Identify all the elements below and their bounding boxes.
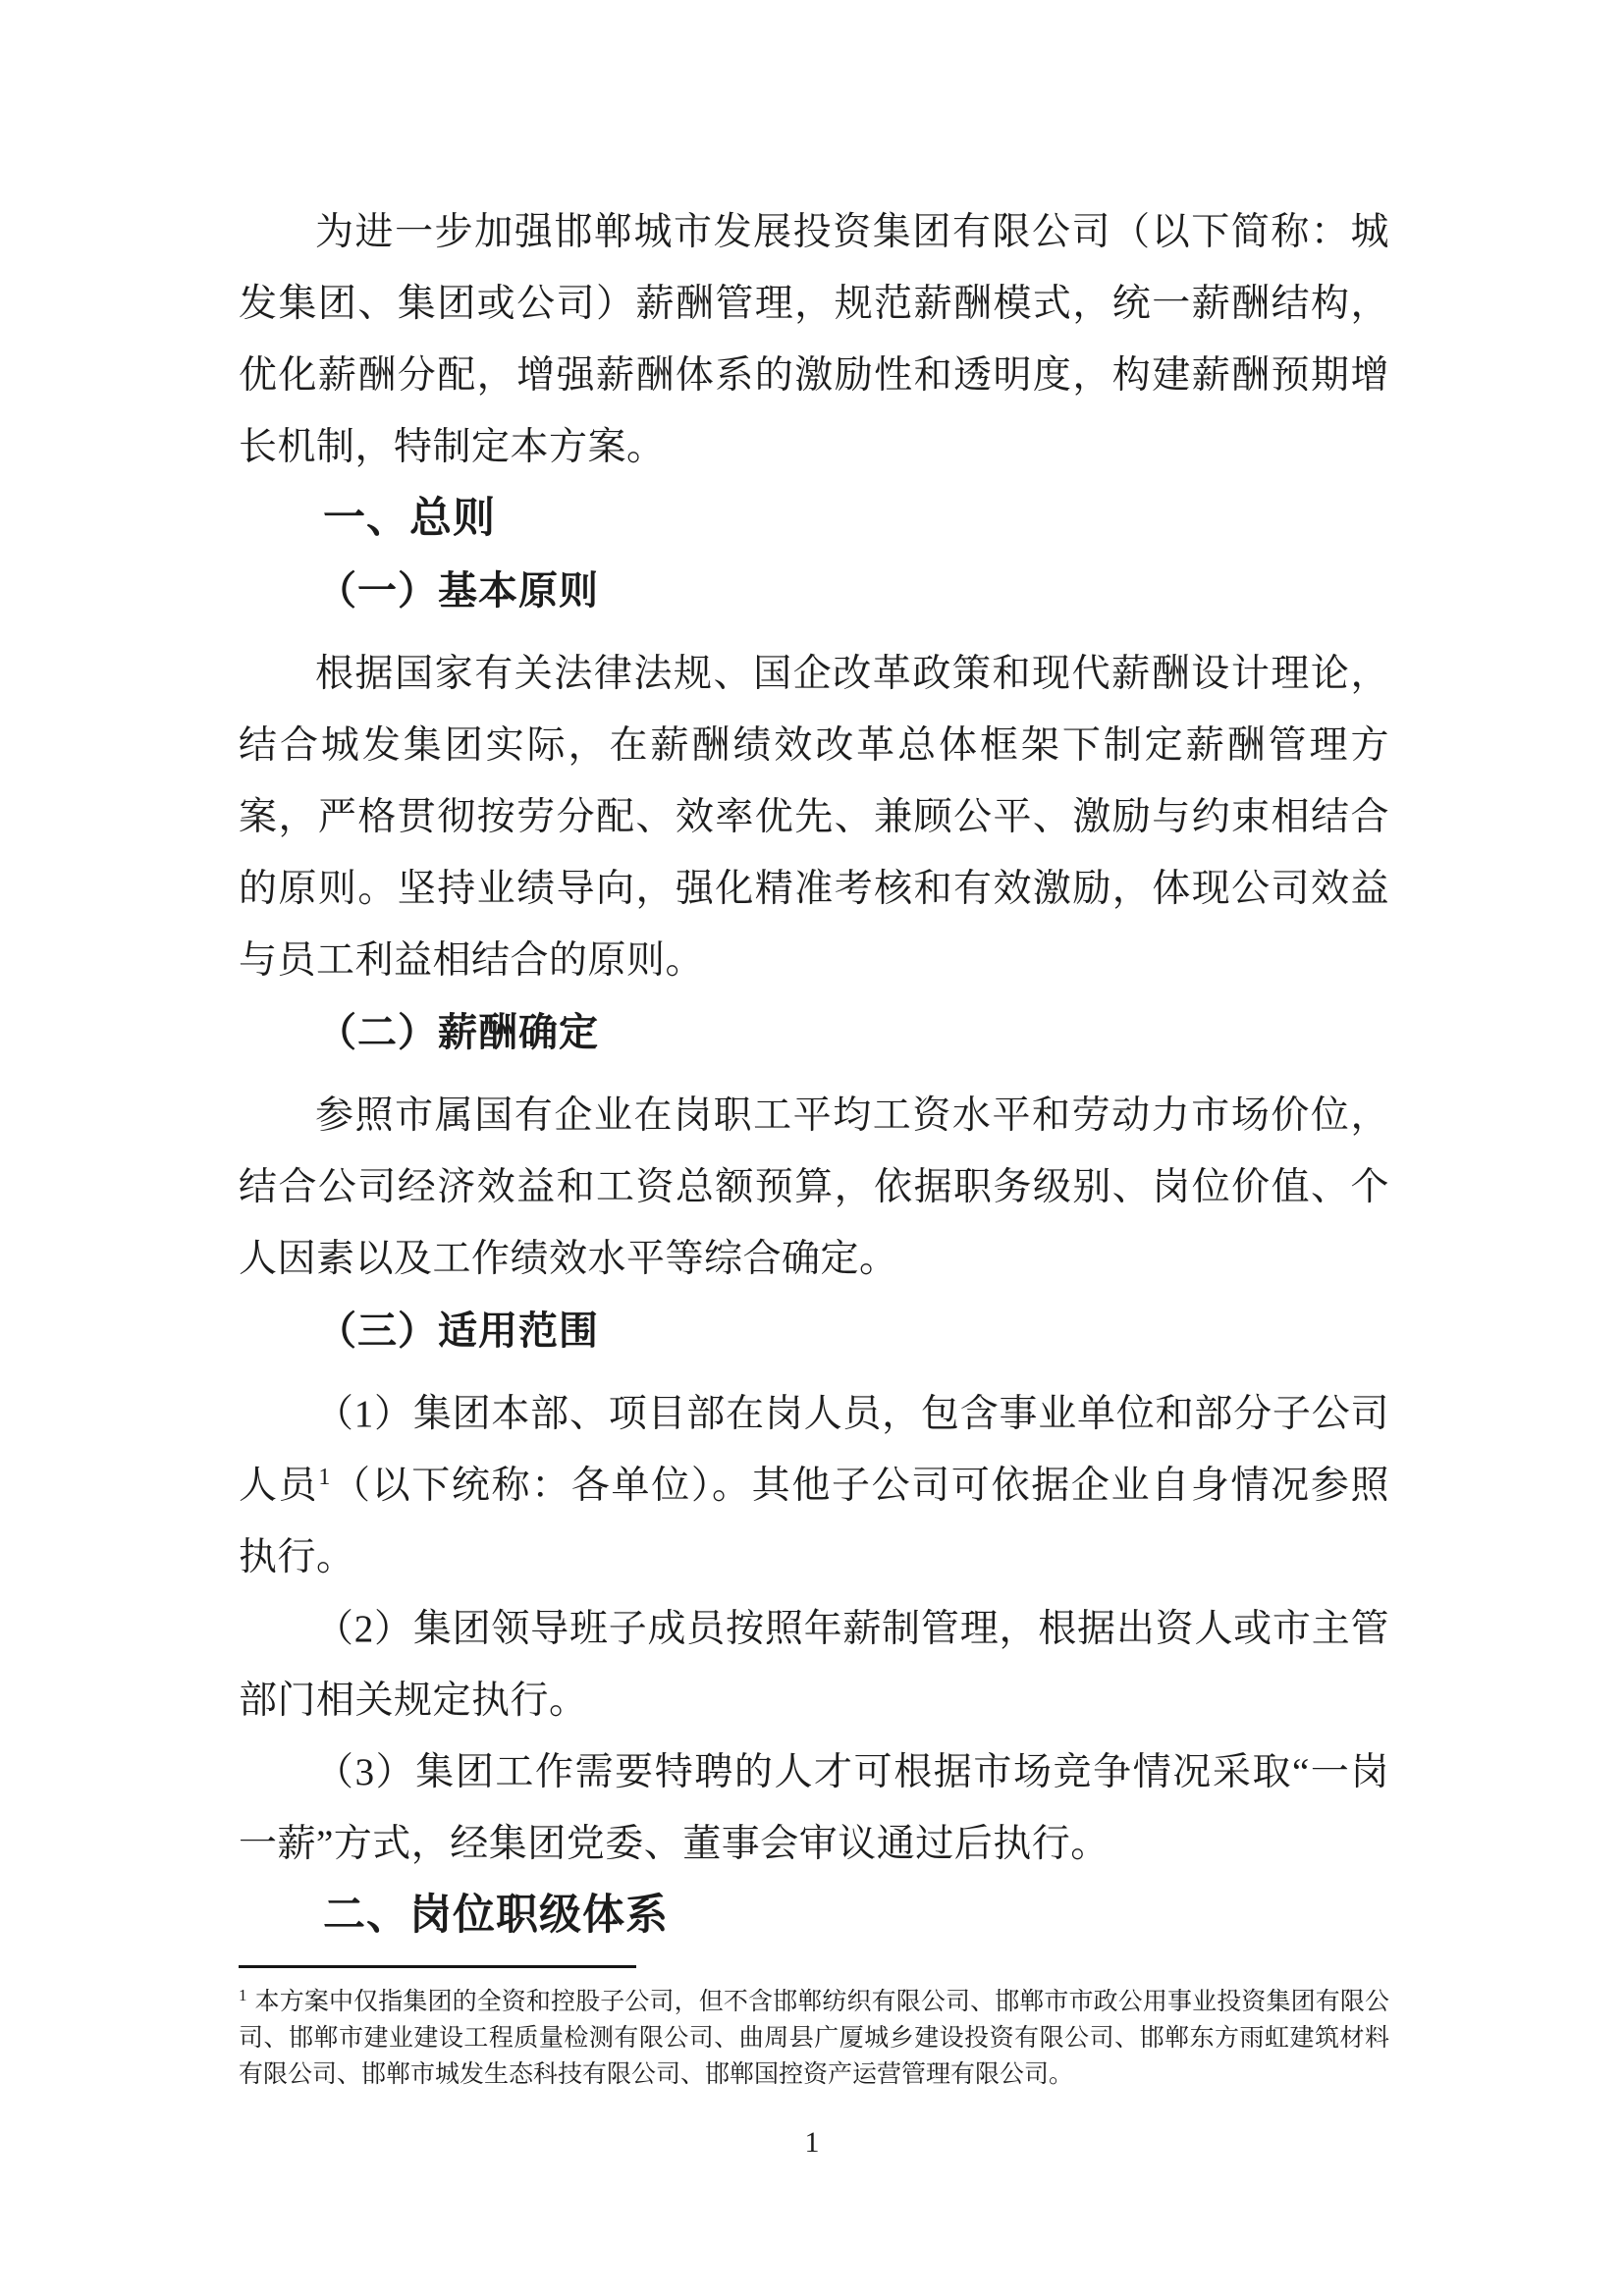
paragraph-basic-principles: 根据国家有关法律法规、国企改革政策和现代薪酬设计理论，结合城发集团实际，在薪酬绩… xyxy=(239,638,1389,996)
heading-application-scope: （三）适用范围 xyxy=(239,1295,1389,1366)
heading-position-grade-system: 二、岗位职级体系 xyxy=(239,1880,1389,1951)
page-number: 1 xyxy=(0,2123,1624,2163)
footnote-text: 1本方案中仅指集团的全资和控股子公司，但不含邯郸纺织有限公司、邯郸市市政公用事业… xyxy=(239,1984,1389,2093)
scope-item-1-text-after-footnote: （以下统称：各单位）。其他子公司可依据企业自身情况参照执行。 xyxy=(239,1465,1389,1578)
paragraph-scope-item-3: （3）集团工作需要特聘的人才可根据市场竞争情况采取“一岗一薪”方式，经集团党委、… xyxy=(239,1736,1389,1880)
footnote-separator-line xyxy=(239,1965,636,1968)
footnote-area: 1本方案中仅指集团的全资和控股子公司，但不含邯郸纺织有限公司、邯郸市市政公用事业… xyxy=(239,1965,1389,2093)
document-page: 为进一步加强邯郸城市发展投资集团有限公司（以下简称：城发集团、集团或公司）薪酬管… xyxy=(0,0,1624,2296)
paragraph-scope-item-2: （2）集团领导班子成员按照年薪制管理，根据出资人或市主管部门相关规定执行。 xyxy=(239,1593,1389,1736)
footnote-reference-superscript: 1 xyxy=(318,1465,331,1490)
document-body: 为进一步加强邯郸城市发展投资集团有限公司（以下简称：城发集团、集团或公司）薪酬管… xyxy=(239,196,1389,1951)
paragraph-salary-determination: 参照市属国有企业在岗职工平均工资水平和劳动力市场价位，结合公司经济效益和工资总额… xyxy=(239,1080,1389,1295)
paragraph-scope-item-1: （1）集团本部、项目部在岗人员，包含事业单位和部分子公司人员1（以下统称：各单位… xyxy=(239,1378,1389,1593)
footnote-marker: 1 xyxy=(239,1986,247,2004)
paragraph-intro: 为进一步加强邯郸城市发展投资集团有限公司（以下简称：城发集团、集团或公司）薪酬管… xyxy=(239,196,1389,483)
heading-general-rules: 一、总则 xyxy=(239,483,1389,555)
footnote-body: 本方案中仅指集团的全资和控股子公司，但不含邯郸纺织有限公司、邯郸市市政公用事业投… xyxy=(239,1989,1389,2088)
heading-basic-principles: （一）基本原则 xyxy=(239,555,1389,626)
heading-salary-determination: （二）薪酬确定 xyxy=(239,996,1389,1068)
